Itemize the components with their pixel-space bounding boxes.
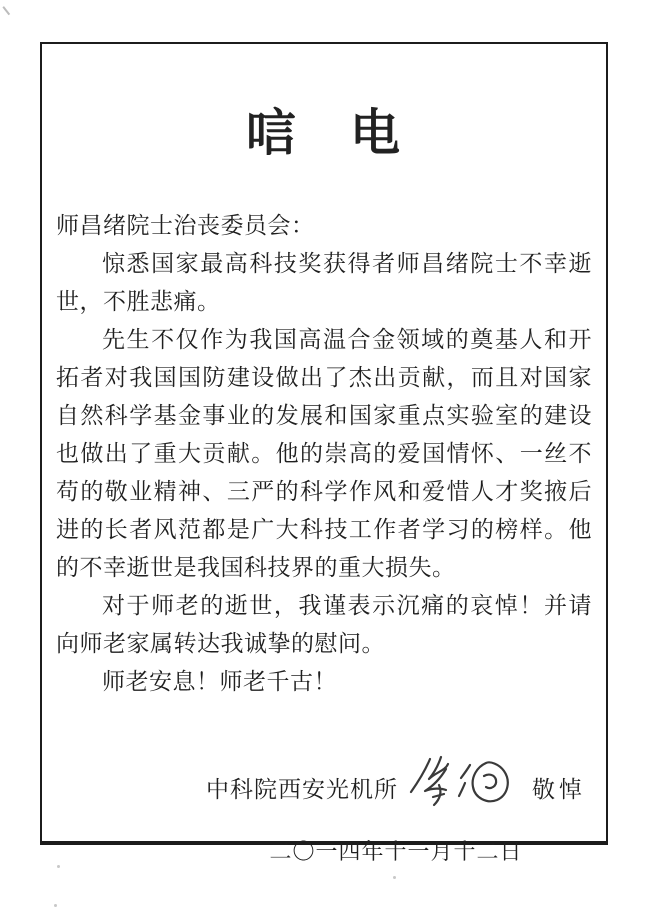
document-date: 二〇一四年十一月十二日: [128, 835, 650, 866]
salutation-line: 师昌绪院士治丧委员会：: [56, 207, 592, 245]
paragraph-1: 惊悉国家最高科技奖获得者师昌绪院士不幸逝世，不胜悲痛。: [56, 245, 592, 321]
paragraph-3: 对于师老的逝世，我谨表示沉痛的哀悼！并请向师老家属转达我诚挚的慰问。: [56, 587, 592, 663]
scanned-document-page: 唁 电 师昌绪院士治丧委员会： 惊悉国家最高科技奖获得者师昌绪院士不幸逝世，不胜…: [0, 0, 650, 923]
document-body: 师昌绪院士治丧委员会： 惊悉国家最高科技奖获得者师昌绪院士不幸逝世，不胜悲痛。 …: [56, 207, 592, 701]
signing-organization: 中科院西安光机所: [206, 771, 398, 804]
signature-suffix: 敬悼: [532, 771, 586, 804]
scan-speck: [393, 876, 396, 879]
scan-corner-artifact: [2, 0, 19, 15]
paragraph-2: 先生不仅作为我国高温合金领域的奠基人和开拓者对我国国防建设做出了杰出贡献，而且对…: [56, 321, 592, 587]
scan-speck: [54, 904, 57, 907]
signature-row: 中科院西安光机所: [128, 757, 650, 817]
document-title: 唁 电: [56, 106, 592, 161]
document-content: 唁 电 师昌绪院士治丧委员会： 惊悉国家最高科技奖获得者师昌绪院士不幸逝世，不胜…: [56, 44, 592, 866]
handwritten-signature: [408, 749, 526, 811]
document-border-frame: 唁 电 师昌绪院士治丧委员会： 惊悉国家最高科技奖获得者师昌绪院士不幸逝世，不胜…: [40, 42, 608, 845]
paragraph-4: 师老安息！师老千古！: [56, 663, 592, 701]
